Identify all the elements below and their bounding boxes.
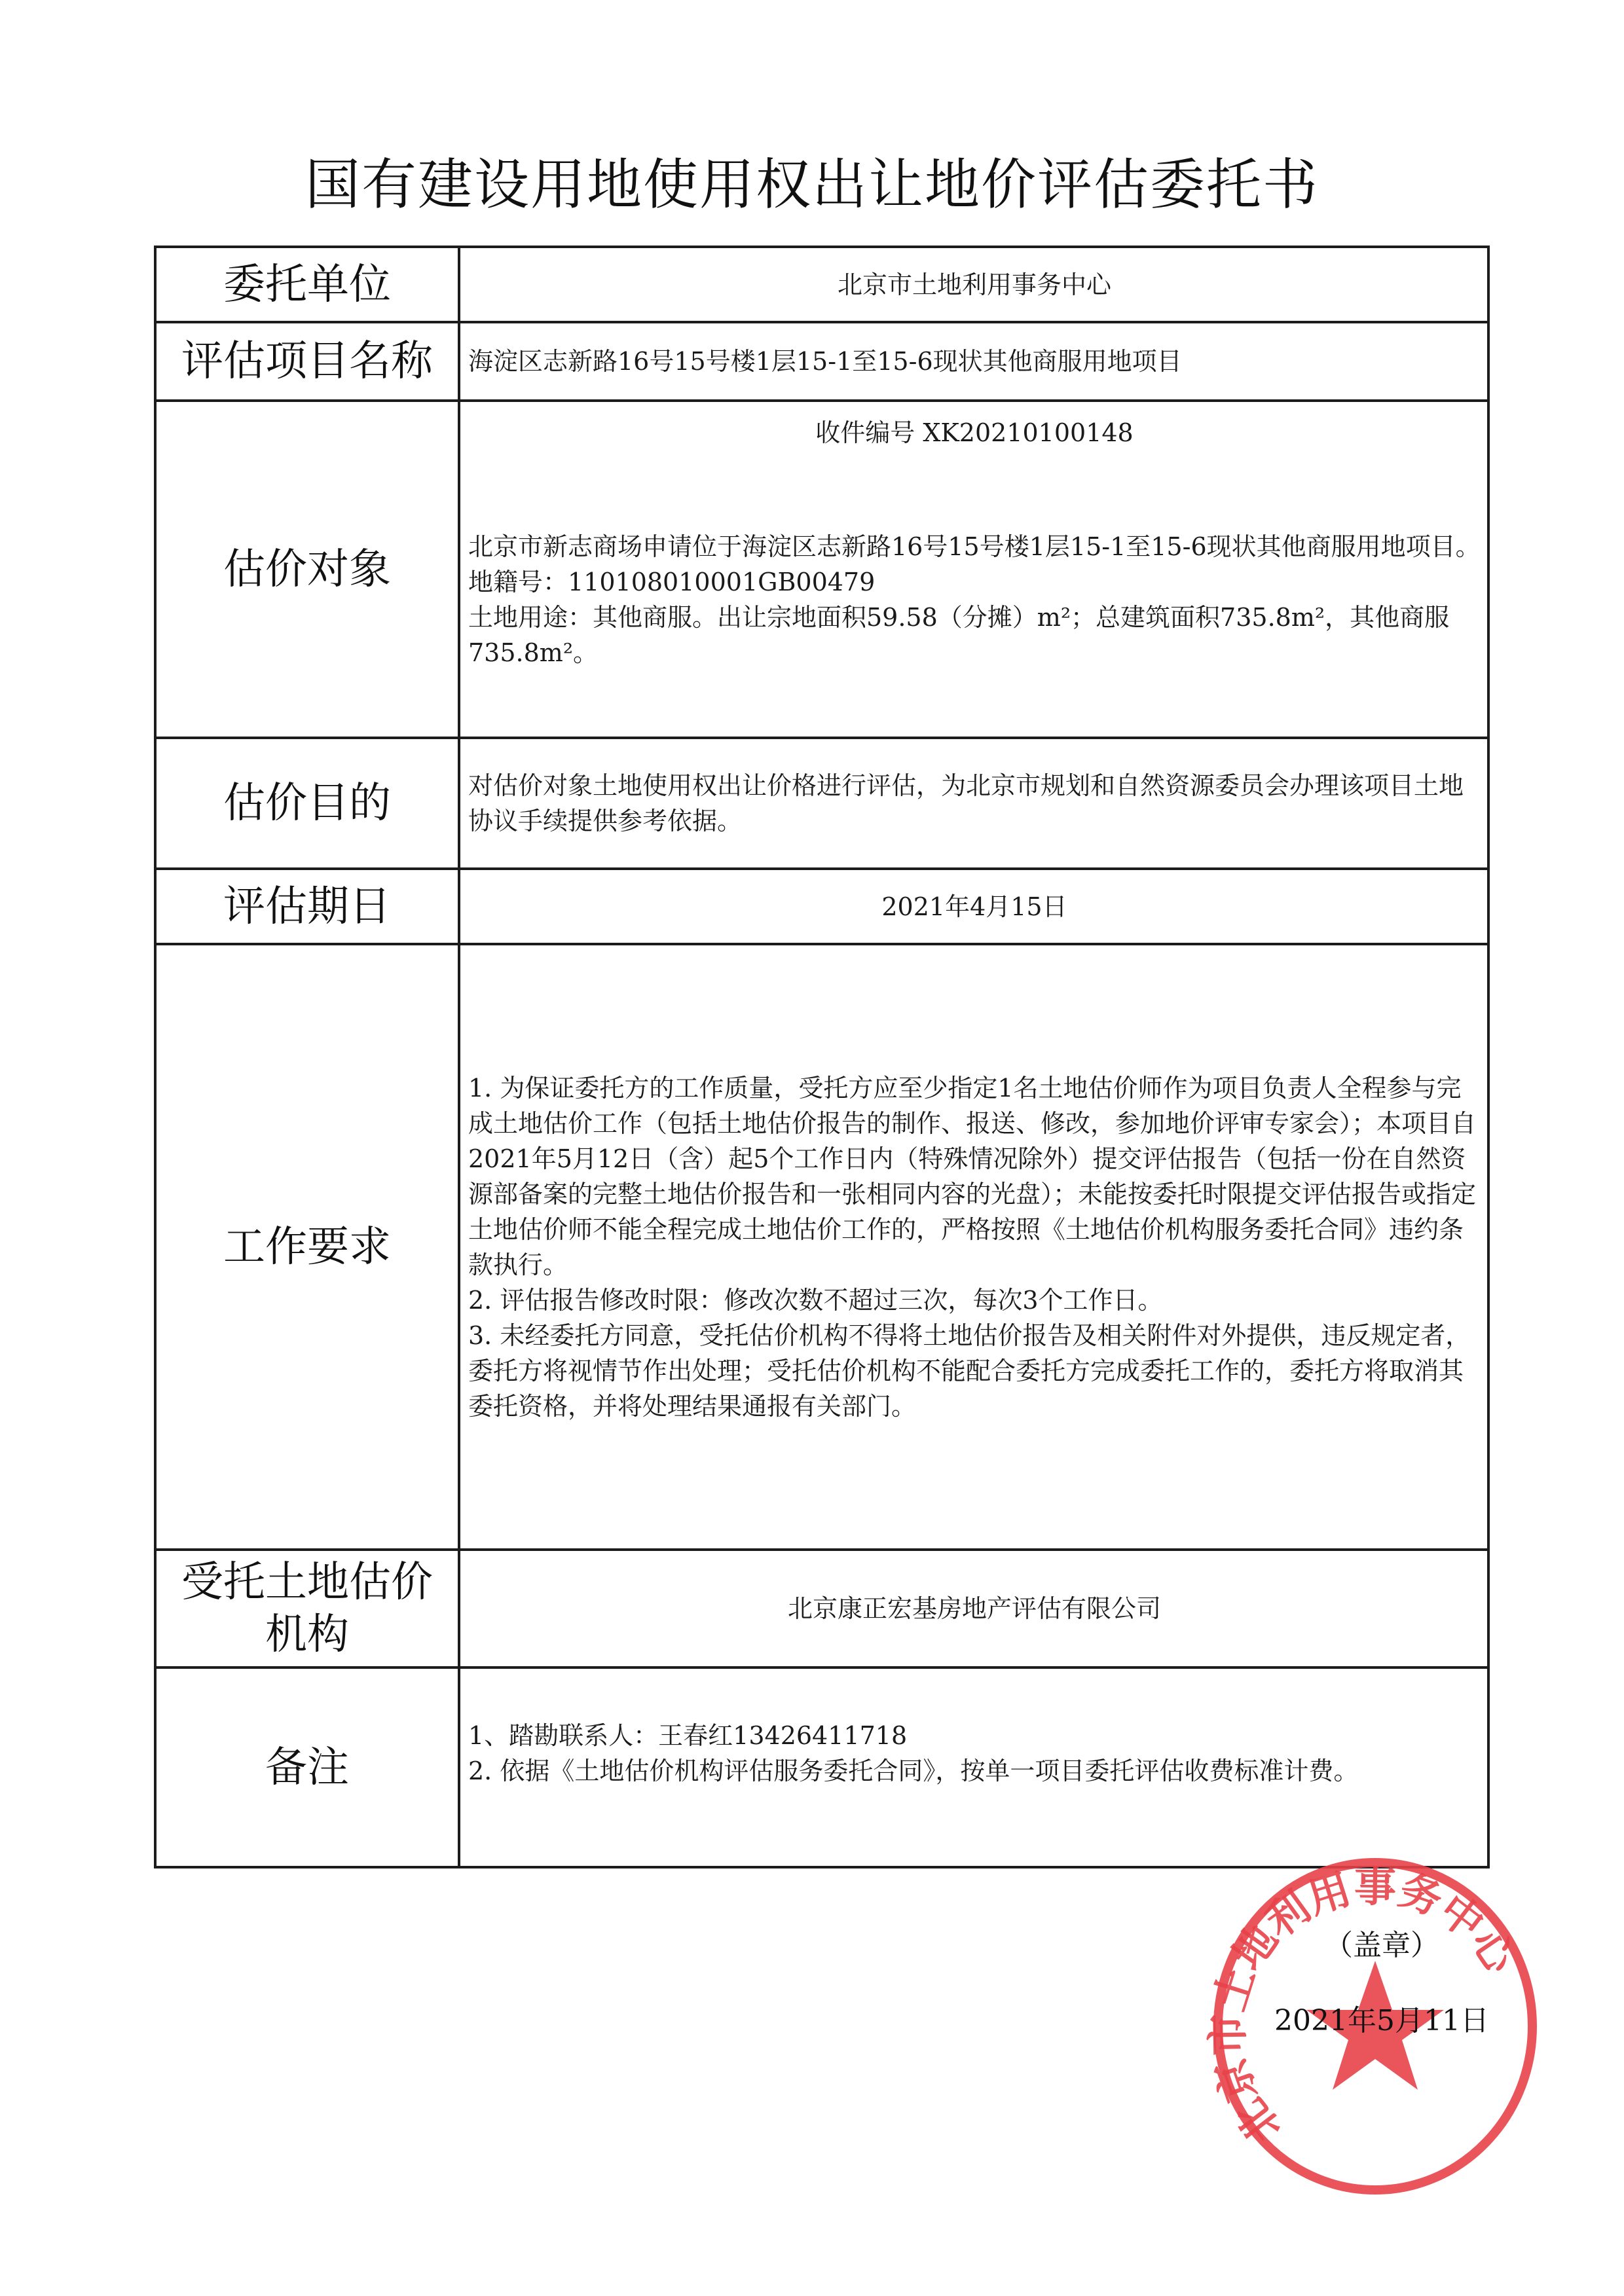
valuation-date-label: 评估期日 — [155, 869, 459, 944]
requirement-item: 1. 为保证委托方的工作质量，受托方应至少指定1名土地估价师作为项目负责人全程参… — [468, 1070, 1481, 1283]
document-title: 国有建设用地使用权出让地价评估委托书 — [0, 141, 1624, 220]
valuation-object-land-use: 土地用途：其他商服。出让宗地面积59.58（分摊）m²；总建筑面积735.8m²… — [468, 600, 1481, 670]
valuation-object-description: 北京市新志商场申请位于海淀区志新路16号15号楼1层15-1至15-6现状其他商… — [468, 529, 1481, 600]
appraiser-label: 受托土地估价 机构 — [155, 1550, 459, 1667]
row-work-requirements: 工作要求 1. 为保证委托方的工作质量，受托方应至少指定1名土地估价师作为项目负… — [155, 944, 1488, 1550]
row-project-name: 评估项目名称 海淀区志新路16号15号楼1层15-1至15-6现状其他商服用地项… — [155, 322, 1488, 401]
row-valuation-date: 评估期日 2021年4月15日 — [155, 869, 1488, 944]
appraiser-label-line1: 受托土地估价 — [157, 1556, 457, 1609]
client-label: 委托单位 — [155, 247, 459, 322]
receipt-number: 收件编号 XK20210100148 — [468, 415, 1481, 450]
row-valuation-purpose: 估价目的 对估价对象土地使用权出让价格进行评估，为北京市规划和自然资源委员会办理… — [155, 738, 1488, 869]
entrustment-form-table: 委托单位 北京市土地利用事务中心 评估项目名称 海淀区志新路16号15号楼1层1… — [154, 246, 1490, 1868]
seal-note: （盖章） — [1244, 1922, 1519, 1963]
project-name-label: 评估项目名称 — [155, 322, 459, 401]
requirement-item: 3. 未经委托方同意，受托估价机构不得将土地估价报告及相关附件对外提供，违反规定… — [468, 1318, 1481, 1424]
valuation-purpose-value: 对估价对象土地使用权出让价格进行评估，为北京市规划和自然资源委员会办理该项目土地… — [459, 738, 1488, 869]
valuation-date-value: 2021年4月15日 — [459, 869, 1488, 944]
remark-item: 2. 依据《土地估价机构评估服务委托合同》，按单一项目委托评估收费标准计费。 — [468, 1753, 1481, 1789]
row-remarks: 备注 1、踏勘联系人：王春红13426411718 2. 依据《土地估价机构评估… — [155, 1667, 1488, 1867]
valuation-object-cell: 收件编号 XK20210100148 北京市新志商场申请位于海淀区志新路16号1… — [459, 401, 1488, 738]
remark-item: 1、踏勘联系人：王春红13426411718 — [468, 1718, 1481, 1753]
client-value: 北京市土地利用事务中心 — [459, 247, 1488, 322]
requirement-item: 2. 评估报告修改时限：修改次数不超过三次，每次3个工作日。 — [468, 1283, 1481, 1318]
appraiser-label-line2: 机构 — [157, 1609, 457, 1661]
project-name-value: 海淀区志新路16号15号楼1层15-1至15-6现状其他商服用地项目 — [459, 322, 1488, 401]
remarks-label: 备注 — [155, 1667, 459, 1867]
remarks-cell: 1、踏勘联系人：王春红13426411718 2. 依据《土地估价机构评估服务委… — [459, 1667, 1488, 1867]
signature-date: 2021年5月11日 — [1244, 1997, 1519, 2039]
valuation-purpose-label: 估价目的 — [155, 738, 459, 869]
work-requirements-label: 工作要求 — [155, 944, 459, 1550]
row-client: 委托单位 北京市土地利用事务中心 — [155, 247, 1488, 322]
row-appraiser: 受托土地估价 机构 北京康正宏基房地产评估有限公司 — [155, 1550, 1488, 1667]
valuation-object-label: 估价对象 — [155, 401, 459, 738]
work-requirements-cell: 1. 为保证委托方的工作质量，受托方应至少指定1名土地估价师作为项目负责人全程参… — [459, 944, 1488, 1550]
row-valuation-object: 估价对象 收件编号 XK20210100148 北京市新志商场申请位于海淀区志新… — [155, 401, 1488, 738]
appraiser-value: 北京康正宏基房地产评估有限公司 — [459, 1550, 1488, 1667]
